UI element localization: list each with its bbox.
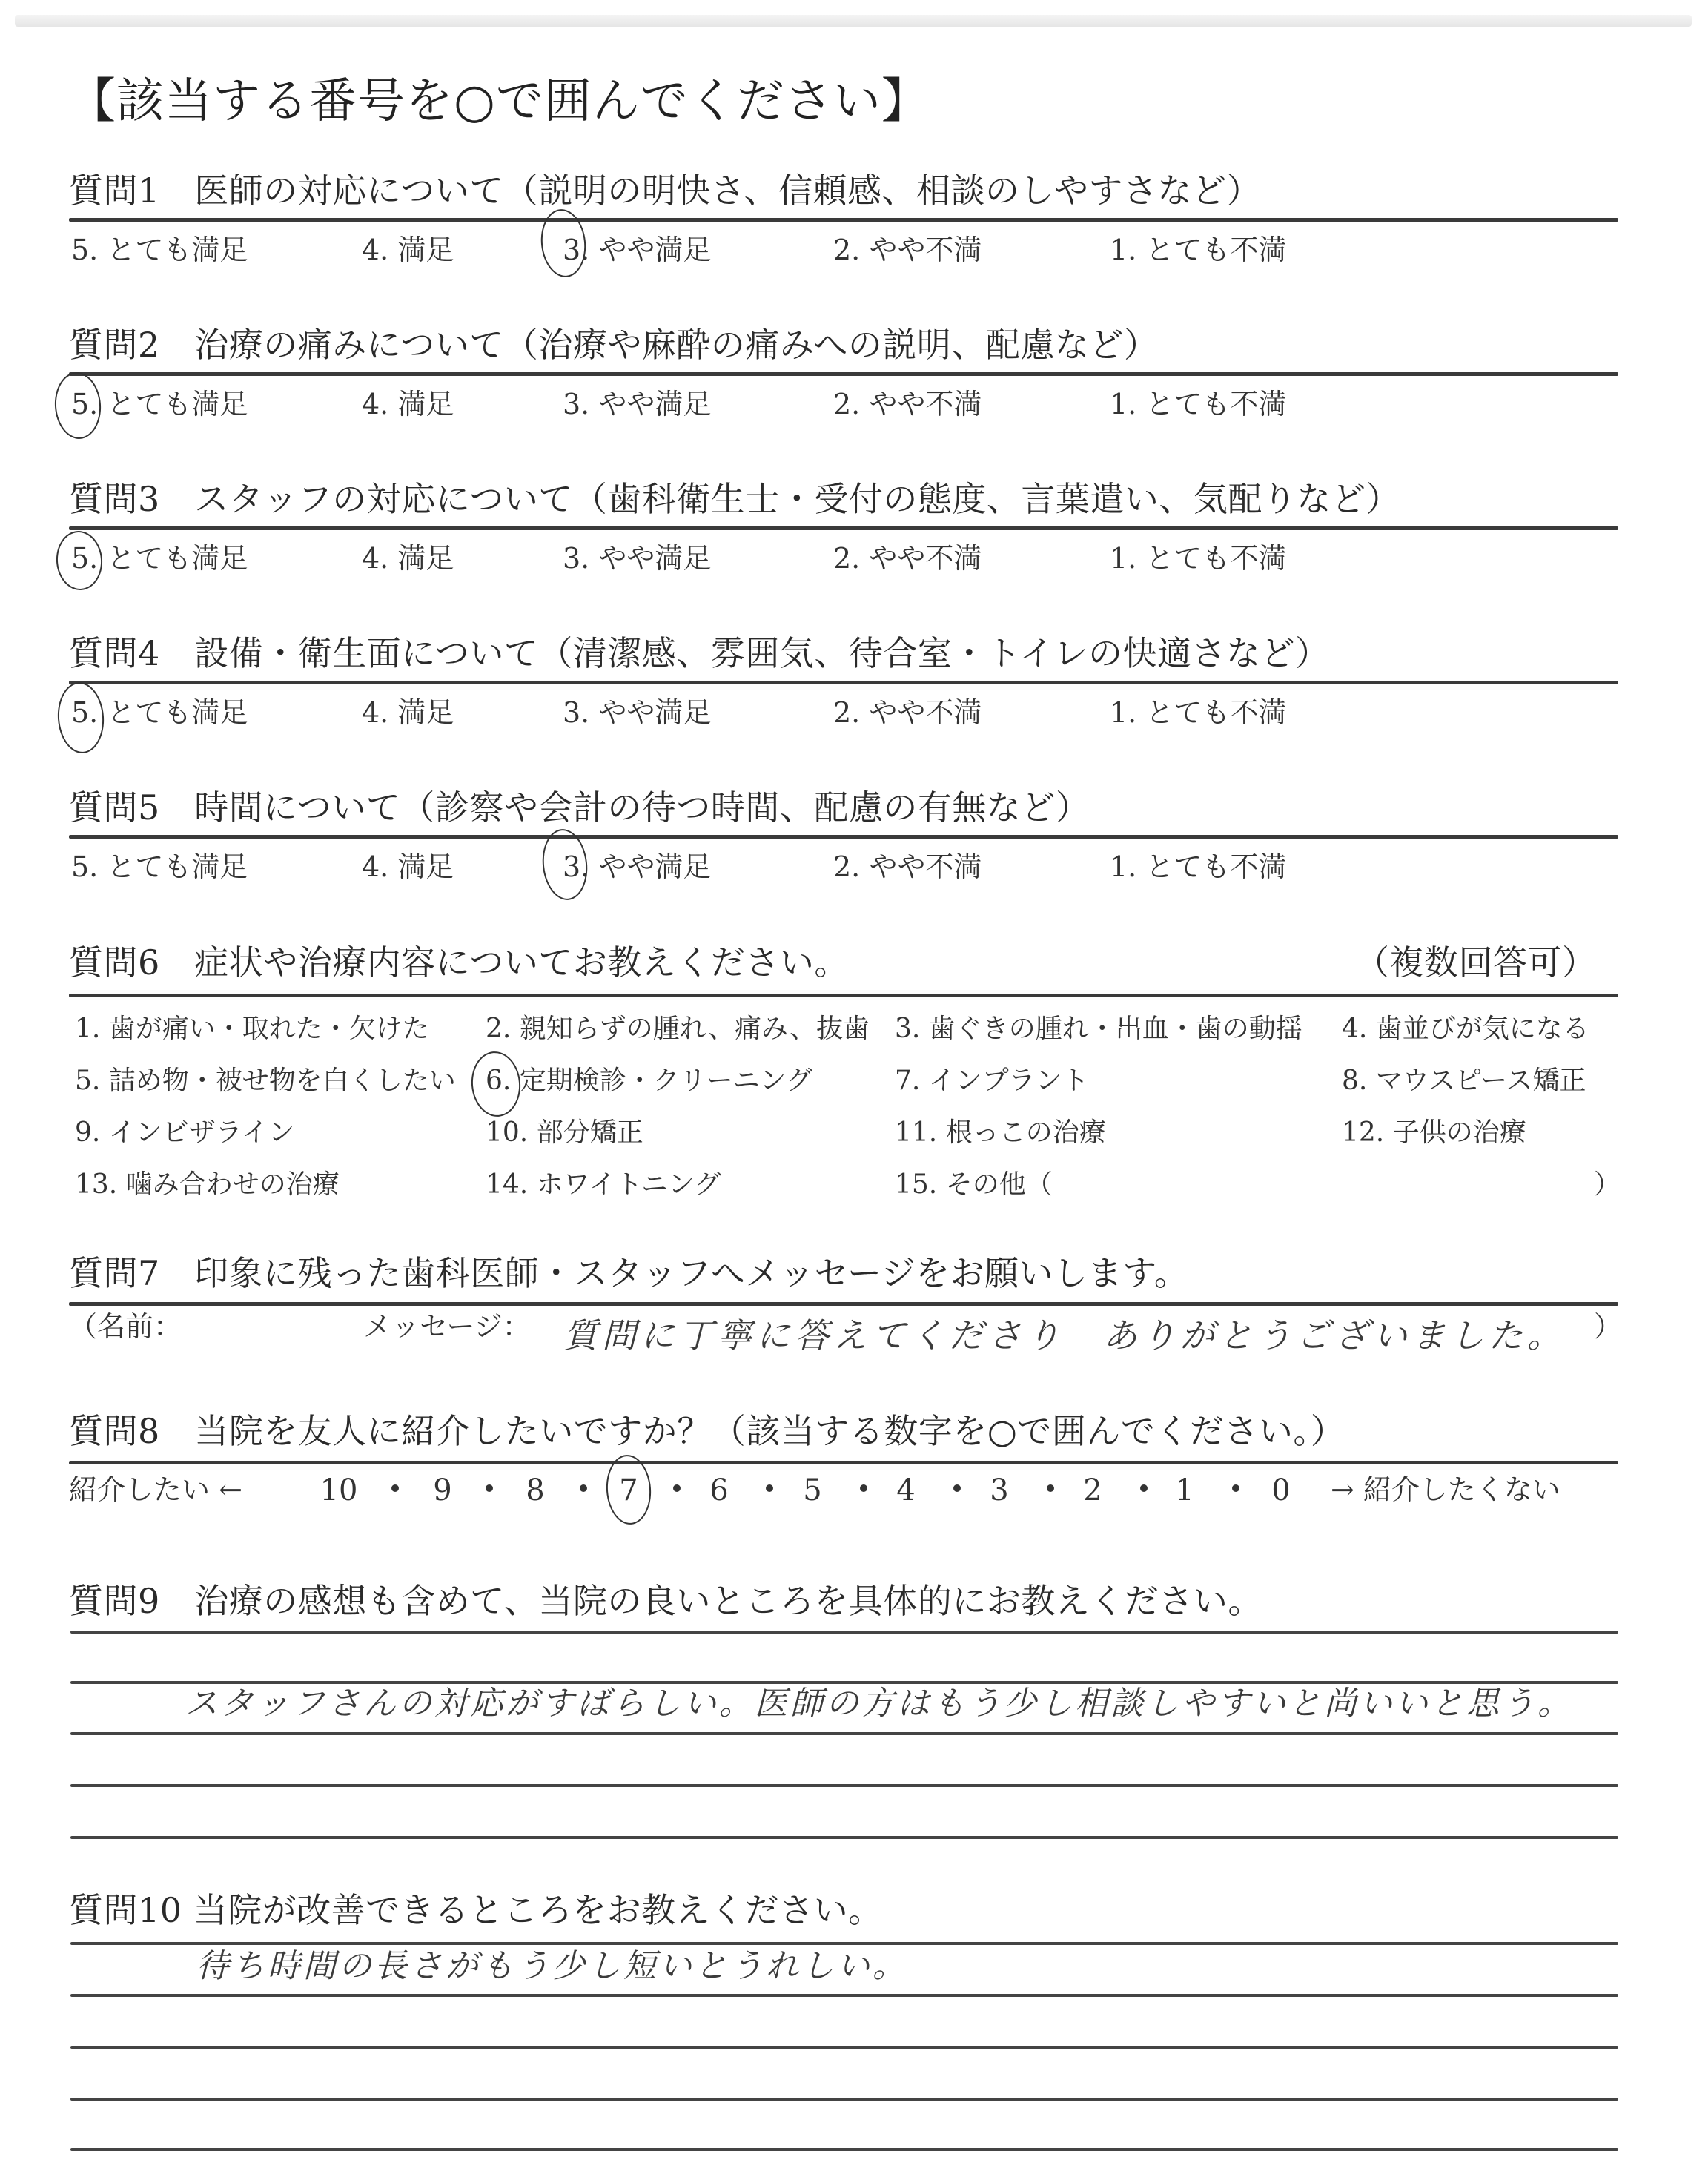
scale-dot: [1232, 1484, 1239, 1492]
question-10-title: 質問10 当院が改善できるところをお教えください。: [69, 1893, 883, 1927]
answer-line: [70, 2098, 1618, 2101]
q1-option-4[interactable]: 4. 満足: [362, 236, 454, 264]
q3-option-1[interactable]: 1. とても不満: [1110, 544, 1286, 572]
q6-option-10[interactable]: 10. 部分矯正: [486, 1120, 643, 1146]
question-2-title: 質問2 治療の痛みについて（治療や麻酔の痛みへの説明、配慮など）: [69, 328, 1158, 362]
scale-5[interactable]: 5: [803, 1476, 821, 1505]
selection-circle: [53, 371, 103, 440]
question-6-rule: [69, 994, 1618, 997]
q6-option-11[interactable]: 11. 根っこの治療: [895, 1120, 1106, 1146]
scale-dot: [673, 1484, 681, 1492]
q4-option-4[interactable]: 4. 満足: [362, 698, 454, 727]
q6-option-6[interactable]: 6. 定期検診・クリーニング: [486, 1068, 812, 1094]
scale-3[interactable]: 3: [990, 1476, 1008, 1505]
question-3-rule: [69, 526, 1618, 530]
name-field[interactable]: [215, 1312, 348, 1342]
q6-option-14[interactable]: 14. ホワイトニング: [486, 1172, 721, 1198]
q2-option-2[interactable]: 2. やや不満: [833, 390, 982, 418]
q2-option-1[interactable]: 1. とても不満: [1110, 390, 1286, 418]
answer-line: [70, 1784, 1618, 1787]
message-label: メッセージ：: [363, 1312, 531, 1341]
q3-option-3[interactable]: 3. やや満足: [563, 544, 711, 572]
scale-dot: [953, 1484, 961, 1492]
selection-circle: [54, 529, 104, 592]
question-5-title: 質問5 時間について（診察や会計の待つ時間、配慮の有無など）: [69, 790, 1090, 825]
q3-option-4[interactable]: 4. 満足: [362, 544, 454, 572]
question-4-title: 質問4 設備・衛生面について（清潔感、雰囲気、待合室・トイレの快適さなど）: [69, 636, 1330, 670]
scale-0[interactable]: 0: [1271, 1476, 1290, 1505]
q5-option-5[interactable]: 5. とても満足: [71, 853, 248, 881]
scale-2[interactable]: 2: [1083, 1476, 1102, 1505]
scale-6[interactable]: 6: [709, 1476, 728, 1505]
scale-10[interactable]: 10: [320, 1476, 358, 1505]
scale-dot: [1047, 1484, 1054, 1492]
answer-line: [70, 1631, 1618, 1634]
page-title: 【該当する番号を○で囲んでください】: [68, 78, 930, 125]
answer-line: [70, 1942, 1618, 1945]
scale-1[interactable]: 1: [1175, 1476, 1194, 1505]
q4-option-3[interactable]: 3. やや満足: [563, 698, 711, 727]
good-points-answer[interactable]: スタッフさんの対応がすばらしい。医師の方はもう少し相談しやすいと尚いいと思う。: [185, 1688, 1573, 1720]
q3-option-2[interactable]: 2. やや不満: [833, 544, 982, 572]
answer-line: [70, 2148, 1618, 2151]
scale-dot: [766, 1484, 773, 1492]
question-8-title: 質問8 当院を友人に紹介したいですか？（該当する数字を○で囲んでください。）: [69, 1414, 1345, 1448]
q6-option-3[interactable]: 3. 歯ぐきの腫れ・出血・歯の動揺: [895, 1016, 1302, 1043]
scale-dot: [391, 1484, 399, 1492]
question-2-rule: [69, 372, 1618, 376]
q5-option-4[interactable]: 4. 満足: [362, 853, 454, 881]
question-7-title: 質問7 印象に残った歯科医師・スタッフへメッセージをお願いします。: [69, 1256, 1188, 1290]
selection-circle: [469, 1049, 523, 1118]
scale-dot: [860, 1484, 867, 1492]
q6-other-close-paren: ）: [1594, 1172, 1621, 1198]
improvement-answer[interactable]: 待ち時間の長さがもう少し短いとうれしい。: [196, 1950, 908, 1983]
question-5-rule: [69, 835, 1618, 839]
q6-option-9[interactable]: 9. インビザライン: [75, 1120, 295, 1146]
q1-option-2[interactable]: 2. やや不満: [833, 236, 982, 264]
answer-line: [70, 2046, 1618, 2049]
scale-8[interactable]: 8: [526, 1476, 544, 1505]
scale-4[interactable]: 4: [896, 1476, 915, 1505]
question-1-rule: [69, 218, 1618, 222]
q6-option-8[interactable]: 8. マウスピース矯正: [1342, 1068, 1586, 1094]
q2-option-3[interactable]: 3. やや満足: [563, 390, 711, 418]
answer-line: [70, 1681, 1618, 1684]
q1-option-5[interactable]: 5. とても満足: [71, 236, 248, 264]
q1-option-1[interactable]: 1. とても不満: [1110, 236, 1286, 264]
q2-option-4[interactable]: 4. 満足: [362, 390, 454, 418]
question-8-rule: [69, 1461, 1618, 1464]
q6-option-13[interactable]: 13. 噛み合わせの治療: [75, 1172, 340, 1198]
answer-line: [70, 1836, 1618, 1839]
answer-line: [70, 1994, 1618, 1997]
multiple-answers-note: （複数回答可）: [1355, 945, 1597, 980]
selection-circle: [56, 681, 107, 755]
q5-option-2[interactable]: 2. やや不満: [833, 853, 982, 881]
q4-option-2[interactable]: 2. やや不満: [833, 698, 982, 727]
scale-dot: [486, 1484, 493, 1492]
scale-dot: [580, 1484, 587, 1492]
scan-top-edge: [15, 15, 1692, 27]
scale-9[interactable]: 9: [433, 1476, 451, 1505]
q6-option-2[interactable]: 2. 親知らずの腫れ、痛み、抜歯: [486, 1016, 870, 1043]
q4-option-1[interactable]: 1. とても不満: [1110, 698, 1286, 727]
message-close-paren: ）: [1594, 1312, 1622, 1341]
q5-option-1[interactable]: 1. とても不満: [1110, 853, 1286, 881]
message-field[interactable]: 質問に丁寧に答えてくださり ありがとうございました。: [563, 1318, 1566, 1353]
recommend-left-label: 紹介したい ←: [69, 1476, 242, 1504]
q6-option-5[interactable]: 5. 詰め物・被せ物を白くしたい: [75, 1068, 456, 1094]
q6-option-12[interactable]: 12. 子供の治療: [1342, 1120, 1526, 1146]
name-label: （名前：: [69, 1312, 182, 1341]
question-4-rule: [69, 681, 1618, 684]
q6-option-15[interactable]: 15. その他（: [895, 1172, 1053, 1198]
question-9-title: 質問9 治療の感想も含めて、当院の良いところを具体的にお教えください。: [69, 1584, 1262, 1618]
question-7-rule: [69, 1302, 1618, 1306]
q6-option-4[interactable]: 4. 歯並びが気になる: [1342, 1016, 1589, 1043]
question-1-title: 質問1 医師の対応について（説明の明快さ、信頼感、相談のしやすさなど）: [69, 174, 1261, 208]
scale-dot: [1140, 1484, 1148, 1492]
question-6-title: 質問6 症状や治療内容についてお教えください。: [69, 945, 849, 980]
q6-option-7[interactable]: 7. インプラント: [895, 1068, 1089, 1094]
question-3-title: 質問3 スタッフの対応について（歯科衛生士・受付の態度、言葉遣い、気配りなど）: [69, 482, 1400, 516]
q6-option-1[interactable]: 1. 歯が痛い・取れた・欠けた: [75, 1016, 429, 1043]
recommend-right-label: → 紹介したくない: [1331, 1476, 1560, 1504]
answer-line: [70, 1732, 1618, 1735]
